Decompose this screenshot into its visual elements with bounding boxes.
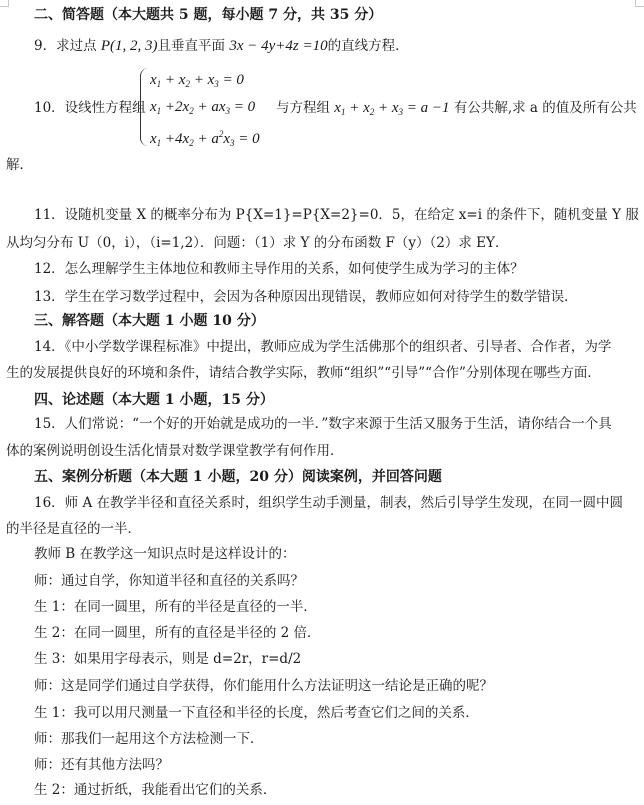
- question-14-line-1: 14．《中小学数学课程标准》中提出，教师应成为学生活佛那个的组织者、引导者、合作…: [34, 337, 611, 357]
- dialogue-line: 生 1：在同一圆里，所有的半径是直径的一半．: [34, 597, 317, 617]
- section-heading-solution: 三、解答题（本大题 1 小题 10 分）: [34, 311, 265, 331]
- point-p: P(1, 2, 3): [101, 38, 158, 54]
- dialogue-line: 生 1：我可以用尺测量一下直径和半径的长度，然后考查它们之间的关系．: [34, 703, 479, 723]
- question-10-continuation: 解．: [6, 155, 33, 175]
- section-heading-essay: 四、论述题（本大题 1 小题，15 分）: [34, 390, 274, 410]
- question-16-line-2: 的半径是直径的一半．: [6, 519, 141, 539]
- dialogue-line: 生 3：如果用字母表示，则是 d=2r，r=d/2: [34, 649, 301, 669]
- left-brace-icon: [140, 68, 149, 146]
- question-13: 13．学生在学习数学过程中，会因为各种原因出现错误，教师应如何对待学生的数学错误…: [34, 287, 578, 307]
- page-corner-mark-left: [0, 0, 9, 7]
- question-12: 12．怎么理解学生主体地位和教师主导作用的关系，如何使学生成为学习的主体？: [34, 259, 524, 279]
- dialogue-line: 师：还有其他方法吗？: [34, 755, 169, 775]
- question-16-line-1: 16．师 A 在教学半径和直径关系时，组织学生动手测量，制表，然后引导学生发现，…: [34, 493, 623, 513]
- question-10-prefix: 10．设线性方程组: [34, 98, 146, 118]
- section-heading-case-analysis: 五、案例分析题（本大题 1 小题，20 分）阅读案例，并回答问题: [34, 467, 442, 487]
- question-10-rest: 与方程组 x1 + x2 + x3 = a −1 有公共解,求 a 的值及所有公…: [276, 98, 637, 122]
- dialogue-line: 师：通过自学，你知道半径和直径的关系吗？: [34, 571, 304, 591]
- question-15-line-2: 体的案例说明创设生活化情景对数学课堂教学有何作用．: [6, 441, 344, 461]
- dialogue-line: 师：那我们一起用这个方法检测一下．: [34, 729, 264, 749]
- plane-equation: 3x − 4y+4z =10: [229, 38, 327, 54]
- system-equation-2: x1 +2x2 + ax3 = 0: [150, 97, 255, 121]
- page-corner-mark-right: [635, 0, 644, 7]
- question-11-line-1: 11．设随机变量 X 的概率分布为 P{X=1}=P{X=2}=0．5，在给定 …: [34, 205, 639, 225]
- question-15-line-1: 15．人们常说：“一个好的开始就是成功的一半．”数字来源于生活又服务于生活，请你…: [34, 414, 612, 434]
- dialogue-line: 生 2：在同一圆里，所有的直径是半径的 2 倍．: [34, 623, 321, 643]
- question-14-line-2: 生的发展提供良好的环境和条件，请结合教学实际，教师“组织”“引导”“合作”分别体…: [6, 363, 601, 383]
- dialogue-line: 师：这是同学们通过自学获得，你们能用什么方法证明这一结论是正确的呢？: [34, 676, 493, 696]
- system-equation-3: x1 +4x2 + a2x3 = 0: [150, 124, 260, 153]
- section-heading-short-answer: 二、简答题（本大题共 5 题，每小题 7 分，共 35 分）: [34, 5, 382, 25]
- dialogue-line: 生 2：通过折纸，我能看出它们的关系．: [34, 780, 276, 800]
- equation-sum: x1 + x2 + x3 = a −1: [334, 100, 449, 116]
- question-11-line-2: 从均匀分布 U（0，i），（i=1,2）．问题：（1）求 Y 的分布函数 F（y…: [6, 233, 508, 253]
- question-9: 9．求过点 P(1, 2, 3)且垂直平面 3x − 4y+4z =10的直线方…: [34, 36, 409, 56]
- dialogue-line: 教师 B 在教学这一知识点时是这样设计的：: [34, 544, 296, 564]
- system-equation-1: x1 + x2 + x3 = 0: [150, 70, 244, 94]
